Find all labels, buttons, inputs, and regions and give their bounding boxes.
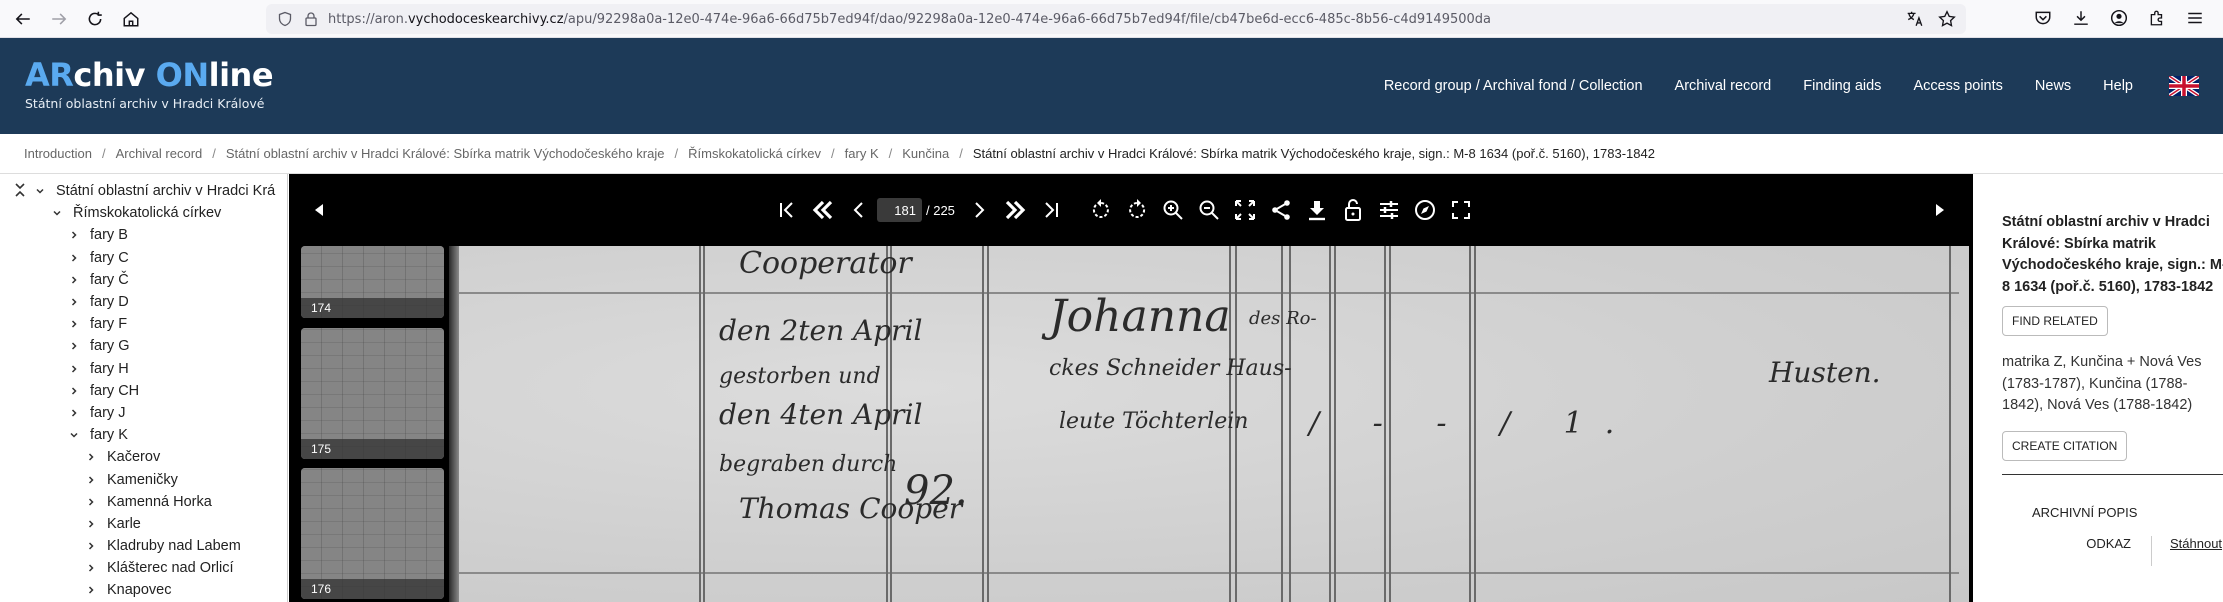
chevron-right-icon[interactable] [68,274,80,286]
record-title: Státní oblastní archiv v Hradci Králové:… [2002,212,2223,298]
expand-arrows-icon [1233,198,1257,222]
double-chevron-left-icon [811,198,835,222]
first-page-button[interactable] [769,192,805,228]
logo-wordmark: ARchiv ONline [25,56,273,94]
pocket-icon [2034,9,2052,27]
chevron-right-icon[interactable] [68,252,80,264]
tree-node-fary-j[interactable]: fary J [0,402,287,424]
create-citation-button[interactable]: CREATE CITATION [2002,431,2127,461]
bookmark-star-icon[interactable] [1938,10,1956,28]
breadcrumb-collection[interactable]: Státní oblastní archiv v Hradci Králové:… [226,146,665,161]
chevron-right-icon[interactable] [85,584,97,596]
reload-icon [86,10,104,28]
url-path: /apu/92298a0a-12e0-474e-96a6-66d75b7ed94… [564,12,1491,27]
breadcrumb-fary-k[interactable]: fary K [845,146,879,161]
forward-button[interactable] [44,4,74,34]
tree-node-label: fary Č [90,272,129,288]
nav-archival-record[interactable]: Archival record [1675,78,1772,94]
tree-node-label: fary CH [90,383,139,399]
chevron-right-icon[interactable] [85,540,97,552]
breadcrumb-separator: / [674,146,678,161]
chevron-right-icon [967,198,991,222]
nav-help[interactable]: Help [2103,78,2133,94]
breadcrumb-separator: / [831,146,835,161]
chevron-right-icon[interactable] [68,340,80,352]
arrow-right-icon [50,10,68,28]
collapse-right-panel-icon[interactable] [1935,204,1945,216]
zoom-in-button[interactable] [1155,192,1191,228]
logo-on: ON [156,56,209,94]
chevron-right-icon[interactable] [68,229,80,241]
chevron-right-icon[interactable] [68,385,80,397]
tree-node-label: fary G [90,338,129,354]
thumbnail-label: 175 [301,439,444,459]
double-chevron-right-icon [1003,198,1027,222]
logo-subtitle: Státní oblastní archiv v Hradci Králové [25,96,273,111]
home-icon [122,10,140,28]
thumbnail-label: 176 [301,579,444,599]
chevron-right-icon[interactable] [85,496,97,508]
page-number-input[interactable] [877,198,922,222]
breadcrumb-separator: / [889,146,893,161]
download-link[interactable]: Stáhnout [2152,536,2222,566]
download-button[interactable] [1299,192,1335,228]
url-host: vychodoceskearchivy.cz [408,12,564,27]
chevron-right-icon[interactable] [85,451,97,463]
site-logo[interactable]: ARchiv ONline Státní oblastní archiv v H… [25,56,273,111]
logo-chiv: chiv [73,56,155,94]
lock-button[interactable] [1335,192,1371,228]
manuscript-text: Cooperator [739,246,912,281]
breadcrumb-separator: / [212,146,216,161]
chevron-down-icon[interactable] [68,429,80,441]
unlock-icon [1341,198,1365,222]
divider [2002,474,2223,475]
tree-node-church[interactable]: Římskokatolická církev [0,202,287,224]
image-viewer: / 225 [289,174,1973,602]
tree-node-knapovec[interactable]: Knapovec [0,579,287,601]
manuscript-text: Johanna [1049,291,1231,342]
tree-node-root[interactable]: Státní oblastní archiv v Hradci Krá [0,180,287,202]
manuscript-text: / - - / 1. [1309,406,1636,441]
chevron-down-icon[interactable] [34,185,46,197]
chevron-right-icon[interactable] [68,407,80,419]
breadcrumb-kuncina[interactable]: Kunčina [902,146,949,161]
chevron-right-icon[interactable] [68,318,80,330]
breadcrumb-separator: / [102,146,106,161]
tree-node-kladruby[interactable]: Kladruby nad Labem [0,535,287,557]
detail-key: ODKAZ [2002,536,2152,566]
arrow-left-icon [14,10,32,28]
thumbnail-174[interactable]: 174 [301,246,444,318]
last-page-icon [1039,198,1063,222]
first-page-icon [775,198,799,222]
browser-toolbar: https://aron.vychodoceskearchivy.cz/apu/… [0,0,2223,38]
tree-node-fary-d[interactable]: fary D [0,291,287,313]
tree-node-label: Knapovec [107,582,172,598]
chevron-left-icon [847,198,871,222]
breadcrumb-current: Státní oblastní archiv v Hradci Králové:… [973,146,1655,161]
tree-node-label: fary F [90,316,127,332]
rotate-left-button[interactable] [1083,192,1119,228]
puzzle-icon [2148,9,2166,27]
main-nav: Record group / Archival fond / Collectio… [1352,38,2199,134]
manuscript-text: des Ro- [1249,308,1317,329]
adjustments-button[interactable] [1371,192,1407,228]
page-total: / 225 [926,203,955,218]
tree-node-fary-g[interactable]: fary G [0,335,287,357]
thumbnail-176[interactable]: 176 [301,468,444,599]
reload-button[interactable] [80,4,110,34]
home-button[interactable] [116,4,146,34]
tree-node-fary-f[interactable]: fary F [0,313,287,335]
tree-node-fary-c[interactable]: fary C [0,247,287,269]
tree-node-fary-b[interactable]: fary B [0,224,287,246]
chevron-right-icon[interactable] [85,518,97,530]
tree-node-fary-cz[interactable]: fary Č [0,269,287,291]
tree-node-label: fary B [90,227,128,243]
record-description: matrika Z, Kunčina + Nová Ves (1783-1787… [2002,352,2212,417]
last-page-button[interactable] [1033,192,1069,228]
tree-node-kamenna-horka[interactable]: Kamenná Horka [0,491,287,513]
hamburger-menu-icon [2186,9,2204,27]
download-icon [1305,198,1329,222]
tree-node-label: Kamenná Horka [107,494,212,510]
tree-node-label: Klášterec nad Orlicí [107,560,234,576]
tree-node-label: Římskokatolická církev [73,205,221,221]
logo-line: line [209,56,273,94]
manuscript-text: leute Töchterlein [1059,409,1248,434]
tree-node-label: fary H [90,361,129,377]
tree-node-fary-ch[interactable]: fary CH [0,380,287,402]
tree-node-label: Karle [107,516,141,532]
manuscript-text: begraben durch [719,452,897,477]
tree-node-fary-h[interactable]: fary H [0,358,287,380]
tree-node-label: fary K [90,427,128,443]
tree-node-label: fary C [90,250,129,266]
back-button[interactable] [8,4,38,34]
url-text[interactable]: https://aron.vychodoceskearchivy.cz/apu/… [328,12,1491,27]
nav-record-group[interactable]: Record group / Archival fond / Collectio… [1384,78,1643,94]
fullscreen-button[interactable] [1443,192,1479,228]
tree-node-fary-k[interactable]: fary K [0,424,287,446]
tree-node-klasterec[interactable]: Klášterec nad Orlicí [0,557,287,579]
thumbnail-label: 174 [301,298,444,318]
shield-icon[interactable] [276,10,294,28]
pocket-button[interactable] [2029,4,2057,32]
manuscript-text: 92. [904,468,968,514]
zoom-out-icon [1197,198,1221,222]
thumbnail-strip: 174 175 176 [297,246,445,602]
chevron-right-icon[interactable] [68,363,80,375]
collapse-all-icon[interactable] [14,182,26,198]
logo-ar: AR [25,56,73,94]
breadcrumb-separator: / [959,146,963,161]
manuscript-text: ckes Schneider Haus- [1049,356,1292,381]
previous-page-button[interactable] [841,192,877,228]
fast-forward-button[interactable] [997,192,1033,228]
zoom-in-icon [1161,198,1185,222]
manuscript-text: Husten. [1769,356,1881,389]
downloads-button[interactable] [2067,4,2095,32]
translate-icon[interactable] [1906,10,1924,28]
sliders-icon [1377,198,1401,222]
url-bar[interactable]: https://aron.vychodoceskearchivy.cz/apu/… [266,4,1966,34]
zoom-out-button[interactable] [1191,192,1227,228]
uk-flag-icon[interactable] [2169,76,2199,96]
lock-icon[interactable] [302,10,320,28]
manuscript-text: den 4ten April [719,398,922,431]
tree-node-kacerov[interactable]: Kačerov [0,446,287,468]
account-icon [2110,9,2128,27]
compass-icon [1413,198,1437,222]
tree-node-kamenicky[interactable]: Kameničky [0,468,287,490]
nav-news[interactable]: News [2035,78,2071,94]
manuscript-text: den 2ten April [719,314,922,347]
menu-button[interactable] [2181,4,2209,32]
download-icon [2072,9,2090,27]
url-scheme: https://aron. [328,12,408,27]
detail-row: ODKAZ Stáhnout [2002,536,2223,566]
chevron-right-icon[interactable] [68,296,80,308]
next-page-button[interactable] [961,192,997,228]
breadcrumb-archival-record[interactable]: Archival record [116,146,203,161]
tree-node-label: Státní oblastní archiv v Hradci Krá [56,183,275,199]
tree-node-label: fary J [90,405,125,421]
breadcrumb-introduction[interactable]: Introduction [24,146,92,161]
chevron-down-icon[interactable] [51,207,63,219]
record-detail-panel: Státní oblastní archiv v Hradci Králové:… [1974,174,2223,602]
rotate-right-icon [1125,198,1149,222]
account-button[interactable] [2105,4,2133,32]
section-title: ARCHIVNÍ POPIS [2032,505,2223,520]
tree-node-label: fary D [90,294,129,310]
fit-to-screen-button[interactable] [1227,192,1263,228]
nav-access-points[interactable]: Access points [1913,78,2002,94]
share-button[interactable] [1263,192,1299,228]
viewer-toolbar: / 225 [289,174,1973,246]
thumbnail-175[interactable]: 175 [301,328,444,459]
share-icon [1269,198,1293,222]
breadcrumb-church[interactable]: Římskokatolická církev [688,146,821,161]
document-page-image[interactable]: Cooperator den 2ten April gestorben und … [449,246,1969,602]
extensions-button[interactable] [2143,4,2171,32]
archive-tree: Státní oblastní archiv v Hradci Krá Říms… [0,174,288,602]
collapse-left-panel-icon[interactable] [314,204,324,216]
breadcrumb: Introduction / Archival record / Státní … [0,134,2223,174]
rotate-left-icon [1089,198,1113,222]
chevron-right-icon[interactable] [85,562,97,574]
chevron-right-icon[interactable] [85,474,97,486]
fullscreen-icon [1449,198,1473,222]
tree-node-label: Kladruby nad Labem [107,538,241,554]
site-header: ARchiv ONline Státní oblastní archiv v H… [0,38,2223,134]
tree-node-label: Kameničky [107,472,178,488]
manuscript-text: gestorben und [719,364,881,389]
find-related-button[interactable]: FIND RELATED [2002,306,2108,336]
tree-node-label: Kačerov [107,449,160,465]
nav-finding-aids[interactable]: Finding aids [1803,78,1881,94]
tree-node-karle[interactable]: Karle [0,513,287,535]
navigator-button[interactable] [1407,192,1443,228]
fast-back-button[interactable] [805,192,841,228]
rotate-right-button[interactable] [1119,192,1155,228]
